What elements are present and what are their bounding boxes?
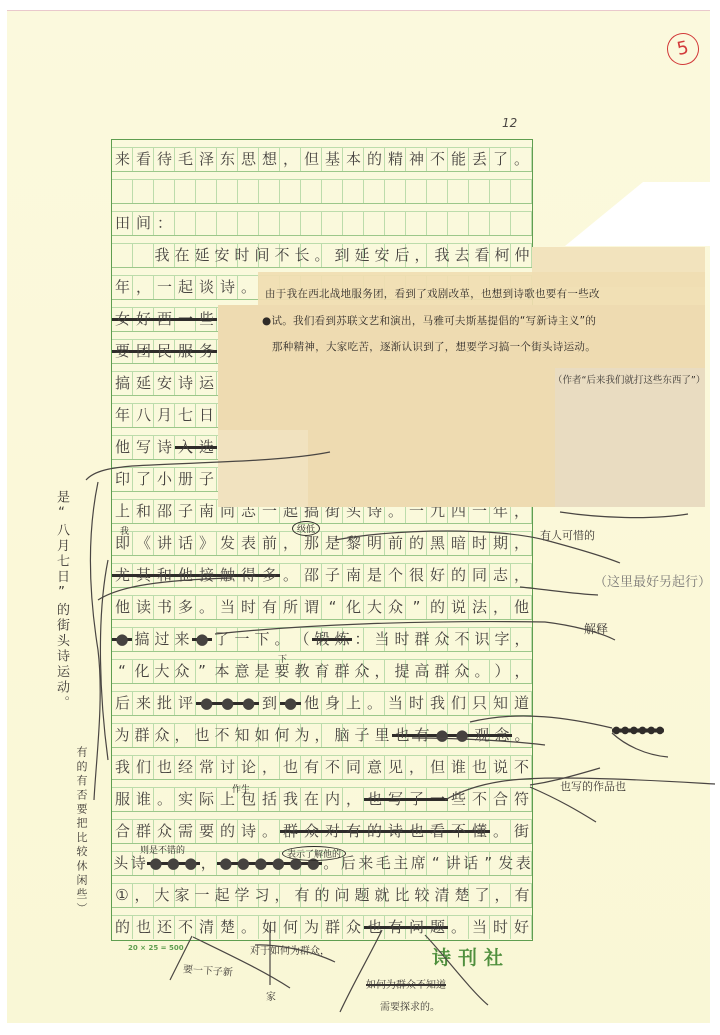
manuscript-char: 看 bbox=[133, 148, 154, 171]
manuscript-char: 八 bbox=[133, 404, 154, 427]
manuscript-char: 期 bbox=[490, 532, 511, 555]
manuscript-char: 田 bbox=[112, 212, 133, 235]
manuscript-char: 。 bbox=[364, 692, 385, 715]
manuscript-char: ， bbox=[343, 788, 364, 811]
manuscript-char: 的 bbox=[364, 148, 385, 171]
manuscript-char: 里 bbox=[372, 724, 392, 747]
manuscript-char: 邵 bbox=[301, 564, 322, 587]
manuscript-char: 多 bbox=[175, 596, 196, 619]
manuscript-char: 何 bbox=[272, 724, 292, 747]
manuscript-char: 年 bbox=[112, 404, 133, 427]
manuscript-char: 众 bbox=[172, 660, 192, 683]
manuscript-char: 前 bbox=[385, 532, 406, 555]
manuscript-char: 也 bbox=[469, 756, 490, 779]
manuscript-char: 时 bbox=[232, 244, 252, 267]
manuscript-char: ● bbox=[196, 692, 217, 715]
manuscript-char: 看 bbox=[427, 820, 448, 843]
manuscript-char: 。 bbox=[196, 596, 217, 619]
manuscript-char: 来 bbox=[172, 628, 192, 651]
row-text: 为群众，也不知如何为，脑子里也有●●观念。 bbox=[112, 724, 532, 747]
manuscript-char: 也 bbox=[192, 724, 212, 747]
manuscript-char: 的 bbox=[364, 820, 385, 843]
row-text: 田间： bbox=[112, 212, 532, 235]
manuscript-char: 他 bbox=[301, 692, 322, 715]
insert-mark: 则是不错的 bbox=[140, 843, 185, 856]
manuscript-char: ， bbox=[490, 596, 511, 619]
manuscript-char: 化 bbox=[343, 596, 364, 619]
manuscript-char: 不 bbox=[452, 628, 472, 651]
manuscript-char: 楚 bbox=[217, 916, 238, 939]
manuscript-char: 的 bbox=[448, 564, 469, 587]
manuscript-char: ● bbox=[235, 852, 253, 875]
row-text: ①，大家一起学习，有的问题就比较清楚了，有 bbox=[112, 884, 532, 907]
manuscript-char: 讲 bbox=[445, 852, 463, 875]
manuscript-char: 诗 bbox=[154, 436, 175, 459]
grid-row: 尤其和他接触得多。邵子南是个很好的同志， bbox=[112, 556, 532, 588]
manuscript-char: 化 bbox=[132, 660, 152, 683]
manuscript-char: 也 bbox=[280, 756, 301, 779]
manuscript-char: 想 bbox=[259, 148, 280, 171]
manuscript-char: 。 bbox=[272, 628, 292, 651]
manuscript-char: ， bbox=[259, 756, 280, 779]
manuscript-char: 教 bbox=[292, 660, 312, 683]
manuscript-char: ， bbox=[280, 148, 301, 171]
row-text: 后来批评●●●到●他身上。当时我们只知道 bbox=[112, 692, 532, 715]
manuscript-char: 所 bbox=[280, 596, 301, 619]
manuscript-char: 家 bbox=[172, 884, 192, 907]
manuscript-char: 意 bbox=[232, 660, 252, 683]
manuscript-char: 群 bbox=[322, 916, 343, 939]
manuscript-char: 需 bbox=[175, 820, 196, 843]
manuscript-char: 仲 bbox=[512, 244, 532, 267]
manuscript-char: 众 bbox=[301, 820, 322, 843]
manuscript-char: 群 bbox=[132, 724, 152, 747]
manuscript-char: 诗 bbox=[238, 820, 259, 843]
manuscript-char: 我 bbox=[152, 244, 172, 267]
manuscript-char: 下 bbox=[252, 628, 272, 651]
row-text: 我在延安时间不长。到延安后，我去看柯仲 bbox=[112, 244, 532, 267]
grid-row: 服谁。实际上包括我在内，也写了一些不合符 bbox=[112, 780, 532, 812]
manuscript-char: 不 bbox=[212, 724, 232, 747]
manuscript-char: 脑 bbox=[332, 724, 352, 747]
manuscript-char: 话 bbox=[462, 852, 480, 875]
grid-row: 田间： bbox=[112, 204, 532, 236]
manuscript-char: 。 bbox=[280, 564, 301, 587]
manuscript-char: 过 bbox=[152, 628, 172, 651]
manuscript-char: 为 bbox=[301, 916, 322, 939]
grid-row: 后来批评●●●到●他身上。当时我们只知道 bbox=[112, 684, 532, 716]
manuscript-char: 志 bbox=[490, 564, 511, 587]
manuscript-char bbox=[132, 244, 152, 267]
manuscript-char: 和 bbox=[133, 500, 154, 523]
manuscript-char: 他 bbox=[175, 564, 196, 587]
manuscript-char: 待 bbox=[154, 148, 175, 171]
manuscript-char: 问 bbox=[406, 916, 427, 939]
manuscript-char: 一 bbox=[154, 276, 175, 299]
right-margin-note: 解释 bbox=[584, 620, 608, 637]
manuscript-char: 们 bbox=[448, 692, 469, 715]
manuscript-char: 。 bbox=[312, 244, 332, 267]
manuscript-char: 年 bbox=[112, 276, 133, 299]
manuscript-char: 就 bbox=[372, 884, 392, 907]
row-text: 的也还不清楚。如何为群众也有问题。当时好 bbox=[112, 916, 532, 939]
pasted-note-line: ●试。我们看到苏联文艺和演出，马雅可夫斯基提倡的“写新诗主义”的 bbox=[262, 313, 596, 328]
manuscript-char: 的 bbox=[312, 884, 332, 907]
manuscript-char: 讲 bbox=[154, 532, 175, 555]
manuscript-char: 识 bbox=[472, 628, 492, 651]
manuscript-char: 泽 bbox=[196, 148, 217, 171]
manuscript-char: 在 bbox=[301, 788, 322, 811]
manuscript-char: 意 bbox=[364, 756, 385, 779]
manuscript-char: 。 bbox=[490, 820, 511, 843]
grid-row: 的也还不清楚。如何为群众也有问题。当时好 bbox=[112, 908, 532, 939]
manuscript-char: 。 bbox=[154, 788, 175, 811]
pasted-note-side-panel bbox=[555, 368, 705, 507]
manuscript-char: 好 bbox=[133, 308, 154, 331]
manuscript-char: ① bbox=[112, 884, 132, 907]
manuscript-char: 是 bbox=[322, 532, 343, 555]
manuscript-char: 大 bbox=[152, 884, 172, 907]
manuscript-char: 小 bbox=[154, 468, 175, 491]
manuscript-char: 本 bbox=[212, 660, 232, 683]
manuscript-char: 了 bbox=[212, 628, 232, 651]
manuscript-char: 》 bbox=[196, 532, 217, 555]
manuscript-char: 子 bbox=[322, 564, 343, 587]
manuscript-char: ， bbox=[512, 628, 532, 651]
bottom-note: 对于如何为群众， bbox=[250, 942, 330, 957]
manuscript-char: 批 bbox=[154, 692, 175, 715]
manuscript-char: 席 bbox=[410, 852, 428, 875]
manuscript-char: 见 bbox=[385, 756, 406, 779]
manuscript-char: 不 bbox=[448, 820, 469, 843]
manuscript-char: 是 bbox=[364, 564, 385, 587]
manuscript-char: 论 bbox=[238, 756, 259, 779]
manuscript-char: 时 bbox=[469, 532, 490, 555]
manuscript-char: 提 bbox=[392, 660, 412, 683]
manuscript-char: 众 bbox=[343, 916, 364, 939]
manuscript-char: 如 bbox=[259, 916, 280, 939]
manuscript-char: 也 bbox=[392, 724, 412, 747]
manuscript-char: 我 bbox=[427, 692, 448, 715]
manuscript-char: 得 bbox=[238, 564, 259, 587]
manuscript-char: ， bbox=[406, 756, 427, 779]
manuscript-char: ” bbox=[406, 596, 427, 619]
manuscript-char: ： bbox=[154, 212, 175, 235]
manuscript-char: 。 bbox=[512, 724, 532, 747]
manuscript-char: 时 bbox=[406, 692, 427, 715]
manuscript-char: 思 bbox=[238, 148, 259, 171]
manuscript-char: 延 bbox=[352, 244, 372, 267]
manuscript-char: 群 bbox=[133, 820, 154, 843]
manuscript-char: 发 bbox=[217, 532, 238, 555]
manuscript-char: （ bbox=[292, 628, 312, 651]
manuscript-char: 身 bbox=[322, 692, 343, 715]
manuscript-char: 看 bbox=[472, 244, 492, 267]
manuscript-char: 有 bbox=[385, 916, 406, 939]
manuscript-char: 当 bbox=[217, 596, 238, 619]
manuscript-char: 有 bbox=[343, 820, 364, 843]
manuscript-char: 街 bbox=[511, 820, 532, 843]
bottom-note: 家 bbox=[266, 988, 276, 1003]
row-text: “化大众”本意是要教育群众，提高群众。）， bbox=[112, 660, 532, 683]
manuscript-char: 何 bbox=[280, 916, 301, 939]
manuscript-char: 基 bbox=[322, 148, 343, 171]
grid-row: ●搞过来●了一下。（锻炼：当时群众不识字， bbox=[112, 620, 532, 652]
manuscript-char: 表 bbox=[238, 532, 259, 555]
manuscript-char: 不 bbox=[511, 756, 532, 779]
manuscript-char: 上 bbox=[112, 500, 133, 523]
row-text bbox=[112, 180, 532, 203]
manuscript-char: ， bbox=[280, 532, 301, 555]
manuscript-char: 道 bbox=[511, 692, 532, 715]
grid-row: 即《讲话》发表前，那是黎明前的黑暗时期， bbox=[112, 524, 532, 556]
grid-row: ①，大家一起学习，有的问题就比较清楚了，有 bbox=[112, 876, 532, 908]
manuscript-char: 选 bbox=[196, 436, 217, 459]
manuscript-char: 到 bbox=[332, 244, 352, 267]
manuscript-char: 起 bbox=[212, 884, 232, 907]
manuscript-char: 群 bbox=[332, 660, 352, 683]
manuscript-char: 诗 bbox=[175, 372, 196, 395]
manuscript-char: 际 bbox=[196, 788, 217, 811]
struck-note: ●●●●●● bbox=[612, 725, 664, 736]
manuscript-char: 但 bbox=[301, 148, 322, 171]
manuscript-char: ， bbox=[372, 660, 392, 683]
manuscript-char: ● bbox=[252, 852, 270, 875]
manuscript-char: 《 bbox=[133, 532, 154, 555]
manuscript-char: ” bbox=[192, 660, 212, 683]
manuscript-char: 了 bbox=[472, 884, 492, 907]
manuscript-char: 后 bbox=[112, 692, 133, 715]
manuscript-char: ， bbox=[312, 724, 332, 747]
manuscript-char: 安 bbox=[212, 244, 232, 267]
manuscript-char: 主 bbox=[392, 852, 410, 875]
manuscript-char: 们 bbox=[133, 756, 154, 779]
manuscript-char: 暗 bbox=[448, 532, 469, 555]
manuscript-char: 好 bbox=[427, 564, 448, 587]
manuscript-char: ， bbox=[412, 244, 432, 267]
manuscript-char: 。 bbox=[448, 916, 469, 939]
manuscript-char: ， bbox=[492, 884, 512, 907]
manuscript-char: 题 bbox=[427, 916, 448, 939]
manuscript-char: 也 bbox=[364, 788, 385, 811]
grid-row: 他读书多。当时有所谓“化大众”的说法，他 bbox=[112, 588, 532, 620]
manuscript-char: 一 bbox=[175, 308, 196, 331]
manuscript-char: 。 bbox=[238, 276, 259, 299]
manuscript-char: 育 bbox=[312, 660, 332, 683]
pasted-note-line: 那种精神，大家吃苦，逐渐认识到了，想要学习搞一个街头诗运动。 bbox=[272, 339, 596, 354]
manuscript-char: 南 bbox=[196, 500, 217, 523]
manuscript-grid: 来看待毛泽东思想，但基本的精神不能丢了。 田间： 我在延安时间不长。到延安后，我… bbox=[111, 139, 533, 941]
manuscript-char: 知 bbox=[232, 724, 252, 747]
manuscript-char: 起 bbox=[175, 276, 196, 299]
manuscript-char: 服 bbox=[112, 788, 133, 811]
bottom-note: 需要探求的。 bbox=[380, 998, 440, 1013]
row-text: 服谁。实际上包括我在内，也写了一些不合符 bbox=[112, 788, 532, 811]
manuscript-char: 同 bbox=[343, 756, 364, 779]
manuscript-char: 了 bbox=[133, 468, 154, 491]
manuscript-char: 写 bbox=[133, 436, 154, 459]
manuscript-char: 我 bbox=[112, 756, 133, 779]
manuscript-char: 我 bbox=[280, 788, 301, 811]
manuscript-char: 合 bbox=[490, 788, 511, 811]
grid-row: 为群众，也不知如何为，脑子里也有●●观念。 bbox=[112, 716, 532, 748]
grid-row: “化大众”本意是要教育群众，提高群众。）， bbox=[112, 652, 532, 684]
insert-mark: 下 bbox=[278, 652, 287, 665]
manuscript-char: 毛 bbox=[175, 148, 196, 171]
manuscript-char: 。 bbox=[511, 148, 532, 171]
manuscript-char: 问 bbox=[332, 884, 352, 907]
manuscript-char: 楚 bbox=[452, 884, 472, 907]
manuscript-char: 知 bbox=[490, 692, 511, 715]
row-text: 尤其和他接触得多。邵子南是个很好的同志， bbox=[112, 564, 532, 587]
pasted-note-aside: （作者“后来我们就打这些东西了”） bbox=[553, 372, 705, 386]
manuscript-char: 。 bbox=[238, 916, 259, 939]
manuscript-char: 有 bbox=[259, 596, 280, 619]
manuscript-char: 清 bbox=[196, 916, 217, 939]
manuscript-char: ● bbox=[452, 724, 472, 747]
manuscript-char: 。 bbox=[472, 660, 492, 683]
manuscript-char: 炼 bbox=[332, 628, 352, 651]
manuscript-char: 但 bbox=[427, 756, 448, 779]
manuscript-char: 黑 bbox=[427, 532, 448, 555]
manuscript-char: 册 bbox=[175, 468, 196, 491]
manuscript-char: 能 bbox=[448, 148, 469, 171]
manuscript-char: 时 bbox=[238, 596, 259, 619]
publisher-imprint: 诗刊社 bbox=[432, 943, 510, 970]
manuscript-char: 要 bbox=[112, 340, 133, 363]
row-text: 合群众需要的诗。群众对有的诗也看不懂。街 bbox=[112, 820, 532, 843]
manuscript-char: “ bbox=[322, 596, 343, 619]
manuscript-char: “ bbox=[112, 660, 132, 683]
manuscript-char: 高 bbox=[412, 660, 432, 683]
manuscript-char: 头 bbox=[112, 852, 130, 875]
manuscript-char: 南 bbox=[343, 564, 364, 587]
row-text: 他读书多。当时有所谓“化大众”的说法，他 bbox=[112, 596, 532, 619]
manuscript-char: 法 bbox=[469, 596, 490, 619]
grid-size-label: 20 × 25 = 500 bbox=[128, 944, 184, 952]
manuscript-char: 符 bbox=[511, 788, 532, 811]
manuscript-char: ● bbox=[217, 852, 235, 875]
manuscript-char: 说 bbox=[448, 596, 469, 619]
manuscript-char: 为 bbox=[292, 724, 312, 747]
insert-mark-circled: 表示了解他的 bbox=[282, 846, 346, 861]
manuscript-char: 实 bbox=[175, 788, 196, 811]
manuscript-char: 他 bbox=[112, 596, 133, 619]
manuscript-char: 去 bbox=[452, 244, 472, 267]
manuscript-char: 谓 bbox=[301, 596, 322, 619]
insert-mark: 作生 bbox=[232, 782, 250, 795]
manuscript-char: 当 bbox=[385, 692, 406, 715]
manuscript-char: 了 bbox=[490, 148, 511, 171]
manuscript-char: 他 bbox=[112, 436, 133, 459]
manuscript-char: 当 bbox=[372, 628, 392, 651]
manuscript-char: 是 bbox=[252, 660, 272, 683]
manuscript-char: 些 bbox=[196, 308, 217, 331]
manuscript-char: 当 bbox=[469, 916, 490, 939]
manuscript-char: 到 bbox=[259, 692, 280, 715]
manuscript-char: 不 bbox=[322, 756, 343, 779]
row-text: 我们也经常讨论，也有不同意见，但谁也说不 bbox=[112, 756, 532, 779]
manuscript-char: 谁 bbox=[133, 788, 154, 811]
manuscript-char: 神 bbox=[406, 148, 427, 171]
manuscript-char: 懂 bbox=[469, 820, 490, 843]
grid-row: 合群众需要的诗。群众对有的诗也看不懂。街 bbox=[112, 812, 532, 844]
manuscript-char: 好 bbox=[511, 916, 532, 939]
grid-row: 来看待毛泽东思想，但基本的精神不能丢了。 bbox=[112, 140, 532, 172]
manuscript-char: 一 bbox=[232, 628, 252, 651]
manuscript-char: 群 bbox=[412, 628, 432, 651]
manuscript-char: 群 bbox=[432, 660, 452, 683]
manuscript-char: 书 bbox=[154, 596, 175, 619]
manuscript-char: 众 bbox=[352, 660, 372, 683]
manuscript-char: 谁 bbox=[448, 756, 469, 779]
manuscript-char: 诗 bbox=[217, 276, 238, 299]
manuscript-char: ， bbox=[172, 724, 192, 747]
manuscript-char: 不 bbox=[469, 788, 490, 811]
row-text: 来看待毛泽东思想，但基本的精神不能丢了。 bbox=[112, 148, 532, 171]
manuscript-char: 括 bbox=[259, 788, 280, 811]
insert-mark-circled: 级低 bbox=[292, 521, 320, 536]
manuscript-char: 写 bbox=[385, 788, 406, 811]
manuscript-char: ， bbox=[133, 276, 154, 299]
manuscript-char: 子 bbox=[175, 500, 196, 523]
manuscript-char: 团 bbox=[133, 340, 154, 363]
row-text: 即《讲话》发表前，那是黎明前的黑暗时期， bbox=[112, 532, 532, 555]
manuscript-char: 大 bbox=[364, 596, 385, 619]
manuscript-char: 上 bbox=[343, 692, 364, 715]
manuscript-char: 毛 bbox=[375, 852, 393, 875]
pasted-note-line: 由于我在西北战地服务团，看到了戏剧改革，也想到诗歌也要有一些改 bbox=[265, 286, 600, 301]
manuscript-char: 日 bbox=[196, 404, 217, 427]
manuscript-char: 入 bbox=[175, 436, 196, 459]
manuscript-char: 时 bbox=[490, 916, 511, 939]
manuscript-char: 个 bbox=[385, 564, 406, 587]
manuscript-char: 要 bbox=[196, 820, 217, 843]
manuscript-char: 评 bbox=[175, 692, 196, 715]
manuscript-char: 印 bbox=[112, 468, 133, 491]
insert-mark: 我 bbox=[120, 524, 129, 537]
manuscript-char: 其 bbox=[133, 564, 154, 587]
row-text: ●搞过来●了一下。（锻炼：当时群众不识字， bbox=[112, 628, 532, 651]
left-margin-note: 有的有否要把比较休闲些） bbox=[73, 746, 89, 916]
manuscript-char: 也 bbox=[364, 916, 385, 939]
manuscript-char: ● bbox=[238, 692, 259, 715]
manuscript-char bbox=[112, 244, 132, 267]
manuscript-char: 西 bbox=[154, 308, 175, 331]
manuscript-char: 丢 bbox=[469, 148, 490, 171]
manuscript-char: 邵 bbox=[154, 500, 175, 523]
manuscript-char: 间 bbox=[252, 244, 272, 267]
manuscript-char: 在 bbox=[172, 244, 192, 267]
manuscript-char: 的 bbox=[427, 596, 448, 619]
manuscript-char: 经 bbox=[175, 756, 196, 779]
manuscript-char: 众 bbox=[432, 628, 452, 651]
manuscript-char: 的 bbox=[406, 532, 427, 555]
manuscript-char: 字 bbox=[492, 628, 512, 651]
manuscript-char: 延 bbox=[192, 244, 212, 267]
manuscript-char: 的 bbox=[217, 820, 238, 843]
manuscript-char: 发 bbox=[497, 852, 515, 875]
manuscript-char: 诗 bbox=[385, 820, 406, 843]
manuscript-char: ● bbox=[217, 692, 238, 715]
manuscript-char: 来 bbox=[133, 692, 154, 715]
manuscript-char: 触 bbox=[217, 564, 238, 587]
manuscript-char: 搞 bbox=[112, 372, 133, 395]
manuscript-char: 有 bbox=[292, 884, 312, 907]
manuscript-char: 七 bbox=[175, 404, 196, 427]
manuscript-char: 如 bbox=[252, 724, 272, 747]
manuscript-char: 来 bbox=[357, 852, 375, 875]
